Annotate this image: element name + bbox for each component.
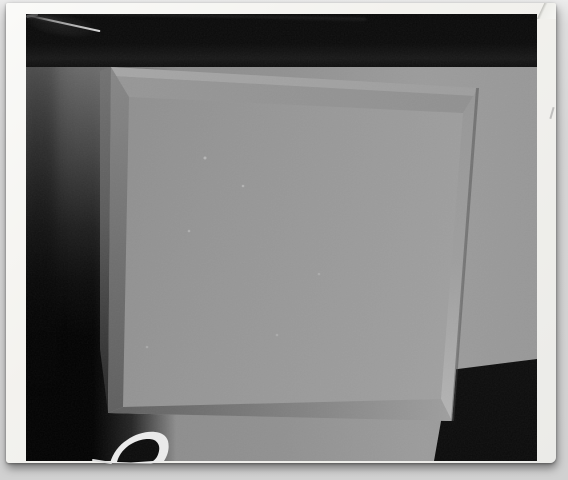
scanner-bed <box>0 0 568 480</box>
photo-vignette <box>26 14 537 461</box>
photo-image-area <box>26 14 537 461</box>
border-scratch <box>549 107 554 119</box>
photo-print <box>6 3 556 463</box>
emulsion-chip <box>91 425 173 467</box>
chip-dark-center <box>117 439 159 463</box>
chip-tail-line <box>93 460 111 463</box>
corner-crease <box>526 3 556 19</box>
